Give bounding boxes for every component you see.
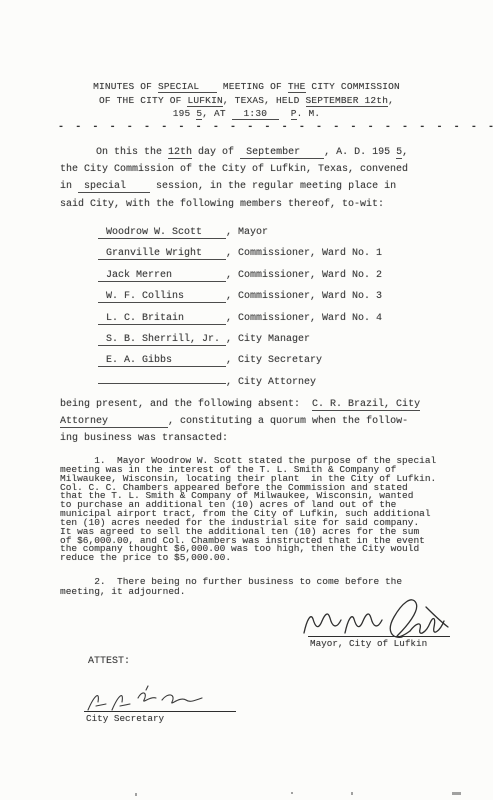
- roster-title: , Commissioner, Ward No. 4: [226, 313, 382, 324]
- mayor-signature-line: [308, 636, 450, 637]
- quorum-line-1: being present, and the following absent:…: [60, 396, 452, 413]
- secretary-signature-line: [84, 711, 236, 712]
- roster-row-ward4: L. C. Britain, Commissioner, Ward No. 4: [98, 313, 382, 334]
- roster-title: , Commissioner, Ward No. 1: [226, 248, 382, 259]
- roster-title: , City Manager: [226, 334, 310, 345]
- roster-row-ward3: W. F. Collins, Commissioner, Ward No. 3: [98, 291, 382, 312]
- secretary-signature-label: City Secretary: [86, 713, 164, 724]
- scan-speck: [291, 792, 293, 794]
- roster-name-blank: Jack Merren: [98, 270, 226, 282]
- mayor-signature-scribble: [298, 593, 458, 641]
- roster-title: , City Attorney: [226, 377, 316, 388]
- opening-line-1: On this the 12th day of September , A. D…: [60, 144, 452, 161]
- opening-line-2: the City Commission of the City of Lufki…: [60, 161, 452, 178]
- opening-line-4: said City, with the following members th…: [60, 196, 452, 213]
- roster-row-ward1: Granville Wright, Commissioner, Ward No.…: [98, 248, 382, 269]
- roster-row-city-attorney: , City Attorney: [98, 377, 382, 398]
- document-header: MINUTES OF SPECIAL MEETING OF THE CITY C…: [0, 80, 493, 121]
- item1-line: reduce the price to $5,000.00.: [60, 554, 458, 563]
- secretary-signature-scribble: [84, 684, 214, 714]
- roster-name-blank: Woodrow W. Scott: [98, 227, 226, 239]
- header-line-1: MINUTES OF SPECIAL MEETING OF THE CITY C…: [0, 80, 493, 94]
- roster-name-blank: W. F. Collins: [98, 291, 226, 303]
- roster-row-city-secretary: E. A. Gibbs, City Secretary: [98, 355, 382, 376]
- mayor-signature-label: Mayor, City of Lufkin: [310, 638, 427, 649]
- scan-speck: [452, 792, 461, 795]
- scan-speck: [351, 792, 353, 795]
- roster-name-blank: L. C. Britain: [98, 313, 226, 325]
- roster-row-mayor: Woodrow W. Scott, Mayor: [98, 227, 382, 248]
- roster-name-blank: E. A. Gibbs: [98, 355, 226, 367]
- quorum-line-2: Attorney , constituting a quorum when th…: [60, 413, 452, 430]
- scan-speck: [135, 793, 137, 796]
- roster-name-blank: S. B. Sherrill, Jr.: [98, 334, 226, 346]
- minute-item-1: 1. Mayor Woodrow W. Scott stated the pur…: [60, 457, 458, 563]
- attest-label: ATTEST:: [88, 656, 130, 667]
- roster-title: , Commissioner, Ward No. 3: [226, 291, 382, 302]
- roster-title: , Mayor: [226, 227, 268, 238]
- opening-line-3: in special session, in the regular meeti…: [60, 178, 452, 195]
- roster-row-city-manager: S. B. Sherrill, Jr., City Manager: [98, 334, 382, 355]
- roster-title: , Commissioner, Ward No. 2: [226, 270, 382, 281]
- roster-title: , City Secretary: [226, 355, 322, 366]
- header-line-3: 195 5, AT 1:30 P. M.: [0, 107, 493, 121]
- header-line-2: OF THE CITY OF LUFKIN, TEXAS, HELD SEPTE…: [0, 94, 493, 108]
- roster-name-blank: Granville Wright: [98, 248, 226, 260]
- roster-row-ward2: Jack Merren, Commissioner, Ward No. 2: [98, 270, 382, 291]
- quorum-line-3: ing business was transacted:: [60, 430, 452, 447]
- scanned-minutes-page: MINUTES OF SPECIAL MEETING OF THE CITY C…: [0, 0, 493, 800]
- roster-name-blank: [98, 383, 226, 384]
- dashed-separator: - - - - - - - - - - - - - - - - - - - - …: [58, 122, 442, 133]
- quorum-paragraph: being present, and the following absent:…: [60, 396, 452, 448]
- opening-paragraph: On this the 12th day of September , A. D…: [60, 144, 452, 213]
- officials-roster: Woodrow W. Scott, Mayor Granville Wright…: [98, 227, 382, 398]
